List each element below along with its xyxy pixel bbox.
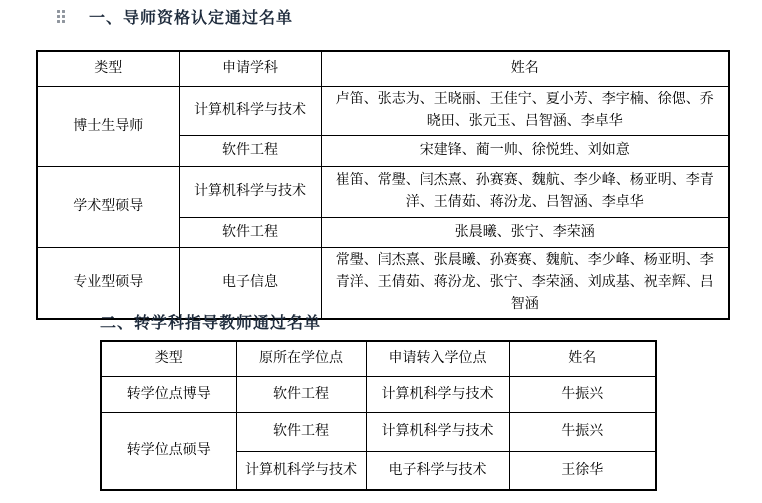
table-row: 专业型硕导 电子信息 常璺、闫杰熹、张晨曦、孙赛赛、魏航、李少峰、杨亚明、李青洋… — [37, 248, 729, 320]
table-row: 学术型硕导 计算机科学与技术 崔笛、常璺、闫杰熹、孙赛赛、魏航、李少峰、杨亚明、… — [37, 167, 729, 218]
table-row: 转学位点硕导 软件工程 计算机科学与技术 牛振兴 — [101, 413, 656, 452]
subject-cell: 电子信息 — [179, 248, 321, 320]
from-degree-cell: 软件工程 — [236, 413, 366, 452]
table1-header-subject: 申请学科 — [179, 51, 321, 87]
table2-header-to: 申请转入学位点 — [366, 341, 509, 377]
subject-cell: 软件工程 — [179, 136, 321, 167]
type-cell-professional-master: 专业型硕导 — [37, 248, 179, 320]
section1-heading-row: 一、导师资格认定通过名单 — [57, 5, 293, 28]
table1-header-names: 姓名 — [321, 51, 729, 87]
subject-cell: 软件工程 — [179, 218, 321, 248]
to-degree-cell: 计算机科学与技术 — [366, 377, 509, 413]
section2-heading-row: 二、转学科指导教师通过名单 — [100, 310, 321, 333]
name-cell: 牛振兴 — [509, 377, 656, 413]
table1-header-row: 类型 申请学科 姓名 — [37, 51, 729, 87]
section2-heading: 二、转学科指导教师通过名单 — [100, 310, 321, 333]
table-row: 博士生导师 计算机科学与技术 卢笛、张志为、王晓丽、王佳宁、夏小芳、李宇楠、徐偲… — [37, 87, 729, 136]
name-cell: 王徐华 — [509, 452, 656, 491]
names-cell: 崔笛、常璺、闫杰熹、孙赛赛、魏航、李少峰、杨亚明、李青洋、王倩茹、蒋汾龙、吕智涵… — [321, 167, 729, 218]
type-cell-academic-master: 学术型硕导 — [37, 167, 179, 248]
names-cell: 张晨曦、张宁、李荣涵 — [321, 218, 729, 248]
table2-header-row: 类型 原所在学位点 申请转入学位点 姓名 — [101, 341, 656, 377]
table2-header-name: 姓名 — [509, 341, 656, 377]
from-degree-cell: 软件工程 — [236, 377, 366, 413]
table2-header-from: 原所在学位点 — [236, 341, 366, 377]
names-cell: 宋建锋、蔺一帅、徐悦甡、刘如意 — [321, 136, 729, 167]
from-degree-cell: 计算机科学与技术 — [236, 452, 366, 491]
type-cell-transfer-master: 转学位点硕导 — [101, 413, 236, 491]
name-cell: 牛振兴 — [509, 413, 656, 452]
document-page: 一、导师资格认定通过名单 类型 申请学科 姓名 博士生导师 计算机科学与技术 卢… — [0, 0, 762, 503]
names-cell: 常璺、闫杰熹、张晨曦、孙赛赛、魏航、李少峰、杨亚明、李青洋、王倩茹、蒋汾龙、张宁… — [321, 248, 729, 320]
type-cell-doctoral: 博士生导师 — [37, 87, 179, 167]
subject-cell: 计算机科学与技术 — [179, 87, 321, 136]
type-cell-transfer-doctoral: 转学位点博导 — [101, 377, 236, 413]
drag-handle-icon[interactable] — [57, 10, 65, 23]
mentor-qualification-table: 类型 申请学科 姓名 博士生导师 计算机科学与技术 卢笛、张志为、王晓丽、王佳宁… — [36, 50, 730, 320]
section1-heading: 一、导师资格认定通过名单 — [89, 5, 293, 28]
discipline-transfer-table: 类型 原所在学位点 申请转入学位点 姓名 转学位点博导 软件工程 计算机科学与技… — [100, 340, 657, 491]
table-row: 转学位点博导 软件工程 计算机科学与技术 牛振兴 — [101, 377, 656, 413]
subject-cell: 计算机科学与技术 — [179, 167, 321, 218]
table1-header-type: 类型 — [37, 51, 179, 87]
to-degree-cell: 电子科学与技术 — [366, 452, 509, 491]
table2-header-type: 类型 — [101, 341, 236, 377]
to-degree-cell: 计算机科学与技术 — [366, 413, 509, 452]
names-cell: 卢笛、张志为、王晓丽、王佳宁、夏小芳、李宇楠、徐偲、乔晓田、张元玉、吕智涵、李卓… — [321, 87, 729, 136]
